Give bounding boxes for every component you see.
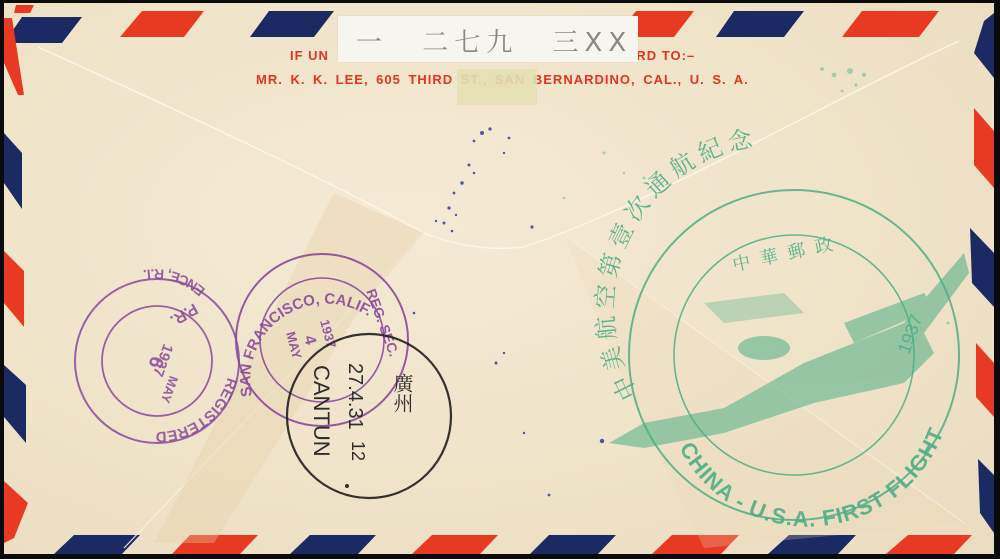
first-flight-cachet-center-chinese: 中華郵政 — [731, 232, 845, 276]
first-flight-cachet: 中美航空第壹次通航紀念 CHINA - U.S.A. FIRST FLIGHT … — [4, 3, 994, 554]
airmail-envelope: IF UN ARD TO:– MR. K. K. LEE, 605 THIRD … — [4, 3, 994, 554]
first-flight-cachet-english: CHINA - U.S.A. FIRST FLIGHT — [675, 424, 949, 532]
svg-text:CHINA - U.S.A. FIRST FLIGHT: CHINA - U.S.A. FIRST FLIGHT — [675, 424, 949, 532]
